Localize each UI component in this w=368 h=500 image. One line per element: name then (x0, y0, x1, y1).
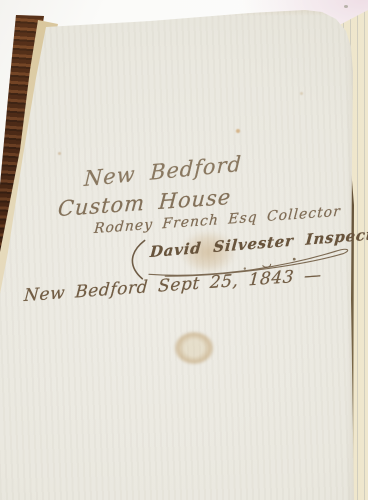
foxing-spot (58, 152, 61, 155)
foxing-spot (300, 92, 303, 95)
backdrop-speck (344, 5, 348, 8)
photo-of-antique-book: New Bedford Custom House Rodney French E… (0, 0, 368, 500)
foxing-spot (236, 129, 240, 133)
